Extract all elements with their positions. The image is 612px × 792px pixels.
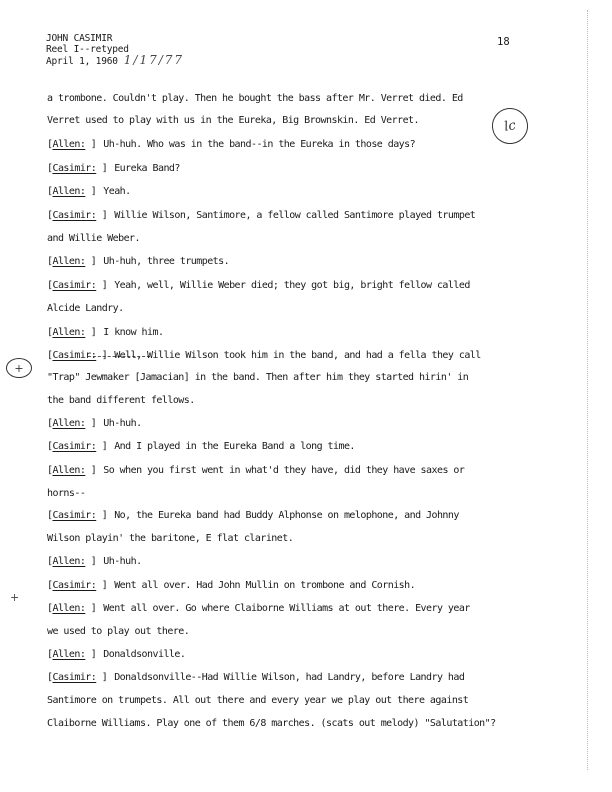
speaker-label: [Casimir: ] [47, 672, 107, 683]
line-text: Donaldsonville--Had Willie Wilson, had L… [114, 672, 464, 683]
continuation-line: we used to play out there. [47, 626, 189, 638]
speaker-label: [Allen: ] [47, 556, 96, 567]
speaker-name: Casimir: [52, 280, 96, 291]
speaker-name: Allen: [52, 327, 85, 338]
speaker-name: Allen: [52, 556, 85, 567]
speaker-label: [Allen: ] [47, 139, 96, 150]
speaker-label: [Allen: ] [47, 327, 96, 338]
speaker-name: Casimir: [52, 163, 96, 174]
line-text: Went all over. Go where Claiborne Willia… [103, 603, 470, 614]
dialogue-line: [Casimir: ]And I played in the Eureka Ba… [47, 441, 355, 453]
page-number: 18 [497, 36, 510, 48]
line-text: Uh-huh. [103, 418, 141, 429]
interview-date: April 1, 1960 [46, 56, 118, 67]
dialogue-line: [Allen: ]Yeah. [47, 186, 131, 198]
date-line: April 1, 19601/17/77 [46, 55, 184, 67]
speaker-name: Casimir: [52, 672, 96, 683]
line-text: Verret used to play with us in the Eurek… [47, 115, 419, 126]
dialogue-line: [Allen: ]Uh-huh. [47, 418, 142, 430]
line-text: Donaldsonville. [103, 649, 185, 660]
dialogue-line: [Allen: ]I know him. [47, 327, 163, 339]
speaker-name: Allen: [52, 256, 85, 267]
interviewee-name: JOHN CASIMIR [46, 33, 184, 44]
speaker-name: Allen: [52, 465, 85, 476]
dialogue-line: [Allen: ]Uh-huh. Who was in the band--in… [47, 139, 415, 151]
continuation-line: the band different fellows. [47, 395, 195, 407]
continuation-line: Alcide Landry. [47, 303, 124, 315]
handwritten-date: 1/17/77 [124, 53, 184, 67]
speaker-label: [Casimir: ] [47, 580, 107, 591]
document-header: JOHN CASIMIR Reel I--retyped April 1, 19… [46, 33, 184, 67]
speaker-name: Allen: [52, 603, 85, 614]
line-text: Uh-huh. Who was in the band--in the Eure… [103, 139, 415, 150]
speaker-name: Allen: [52, 649, 85, 660]
speaker-label: [Casimir: ] [47, 280, 107, 291]
dialogue-line: [Casimir: ]Donaldsonville--Had Willie Wi… [47, 672, 464, 684]
line-text: and Willie Weber. [47, 233, 140, 244]
dialogue-line: [Allen: ]Uh-huh, three trumpets. [47, 256, 229, 268]
dialogue-line: [Casimir: ]Well, Willie Wilson took him … [47, 350, 481, 362]
speaker-label: [Casimir: ] [47, 441, 107, 452]
speaker-label: [Allen: ] [47, 256, 96, 267]
line-text: Went all over. Had John Mullin on trombo… [114, 580, 415, 591]
line-text: the band different fellows. [47, 395, 195, 406]
speaker-name: Casimir: [52, 441, 96, 452]
speaker-name: Casimir: [52, 350, 96, 361]
line-text: "Trap" Jewmaker [Jamacian] in the band. … [47, 372, 468, 383]
speaker-label: [Casimir: ] [47, 510, 107, 521]
line-text: Yeah. [103, 186, 130, 197]
continuation-line: and Willie Weber. [47, 233, 140, 245]
continuation-line: Claiborne Williams. Play one of them 6/8… [47, 718, 496, 730]
scan-edge [587, 10, 590, 770]
line-text: Uh-huh. [103, 556, 141, 567]
continuation-line: a trombone. Couldn't play. Then he bough… [47, 93, 463, 105]
dialogue-line: [Casimir: ]Yeah, well, Willie Weber died… [47, 280, 470, 292]
line-text: So when you first went in what'd they ha… [103, 465, 464, 476]
speaker-name: Casimir: [52, 210, 96, 221]
line-text: Claiborne Williams. Play one of them 6/8… [47, 718, 496, 729]
line-text: horns-- [47, 488, 85, 499]
dialogue-line: [Casimir: ]Went all over. Had John Mulli… [47, 580, 415, 592]
line-text: a trombone. Couldn't play. Then he bough… [47, 93, 463, 104]
line-text: we used to play out there. [47, 626, 189, 637]
dialogue-line: [Allen: ]So when you first went in what'… [47, 465, 464, 477]
dialogue-line: [Allen: ]Donaldsonville. [47, 649, 185, 661]
line-text: Well, Willie Wilson took him in the band… [114, 350, 481, 361]
speaker-label: [Allen: ] [47, 649, 96, 660]
line-text: Eureka Band? [114, 163, 180, 174]
dialogue-line: [Casimir: ]Eureka Band? [47, 163, 180, 175]
line-text: And I played in the Eureka Band a long t… [114, 441, 355, 452]
speaker-label: [Allen: ] [47, 465, 96, 476]
circled-initials-annotation: lc [489, 105, 531, 147]
speaker-name: Casimir: [52, 580, 96, 591]
document-page: JOHN CASIMIR Reel I--retyped April 1, 19… [0, 0, 612, 792]
line-text: Yeah, well, Willie Weber died; they got … [114, 280, 470, 291]
continuation-line: Santimore on trumpets. All out there and… [47, 695, 468, 707]
speaker-label: [Casimir: ] [47, 163, 107, 174]
continuation-line: "Trap" Jewmaker [Jamacian] in the band. … [47, 372, 468, 384]
continuation-line: horns-- [47, 488, 85, 500]
dialogue-line: [Casimir: ]Willie Wilson, Santimore, a f… [47, 210, 475, 222]
line-text: Wilson playin' the baritone, E flat clar… [47, 533, 293, 544]
line-text: No, the Eureka band had Buddy Alphonse o… [114, 510, 459, 521]
line-text: I know him. [103, 327, 163, 338]
speaker-name: Allen: [52, 139, 85, 150]
speaker-label: [Casimir: ] [47, 350, 107, 361]
margin-mark-icon: + [6, 358, 32, 378]
dialogue-line: [Allen: ]Uh-huh. [47, 556, 142, 568]
speaker-name: Allen: [52, 186, 85, 197]
line-text: Santimore on trumpets. All out there and… [47, 695, 468, 706]
line-text: Alcide Landry. [47, 303, 124, 314]
speaker-name: Allen: [52, 418, 85, 429]
speaker-label: [Allen: ] [47, 418, 96, 429]
continuation-line: Wilson playin' the baritone, E flat clar… [47, 533, 293, 545]
speaker-name: Casimir: [52, 510, 96, 521]
continuation-line: Verret used to play with us in the Eurek… [47, 115, 419, 127]
dialogue-line: [Allen: ]Went all over. Go where Claibor… [47, 603, 470, 615]
speaker-label: [Allen: ] [47, 603, 96, 614]
speaker-label: [Casimir: ] [47, 210, 107, 221]
line-text: Uh-huh, three trumpets. [103, 256, 229, 267]
line-text: Willie Wilson, Santimore, a fellow calle… [114, 210, 475, 221]
dialogue-line: [Casimir: ]No, the Eureka band had Buddy… [47, 510, 459, 522]
speaker-label: [Allen: ] [47, 186, 96, 197]
margin-mark-icon: + [10, 591, 19, 604]
